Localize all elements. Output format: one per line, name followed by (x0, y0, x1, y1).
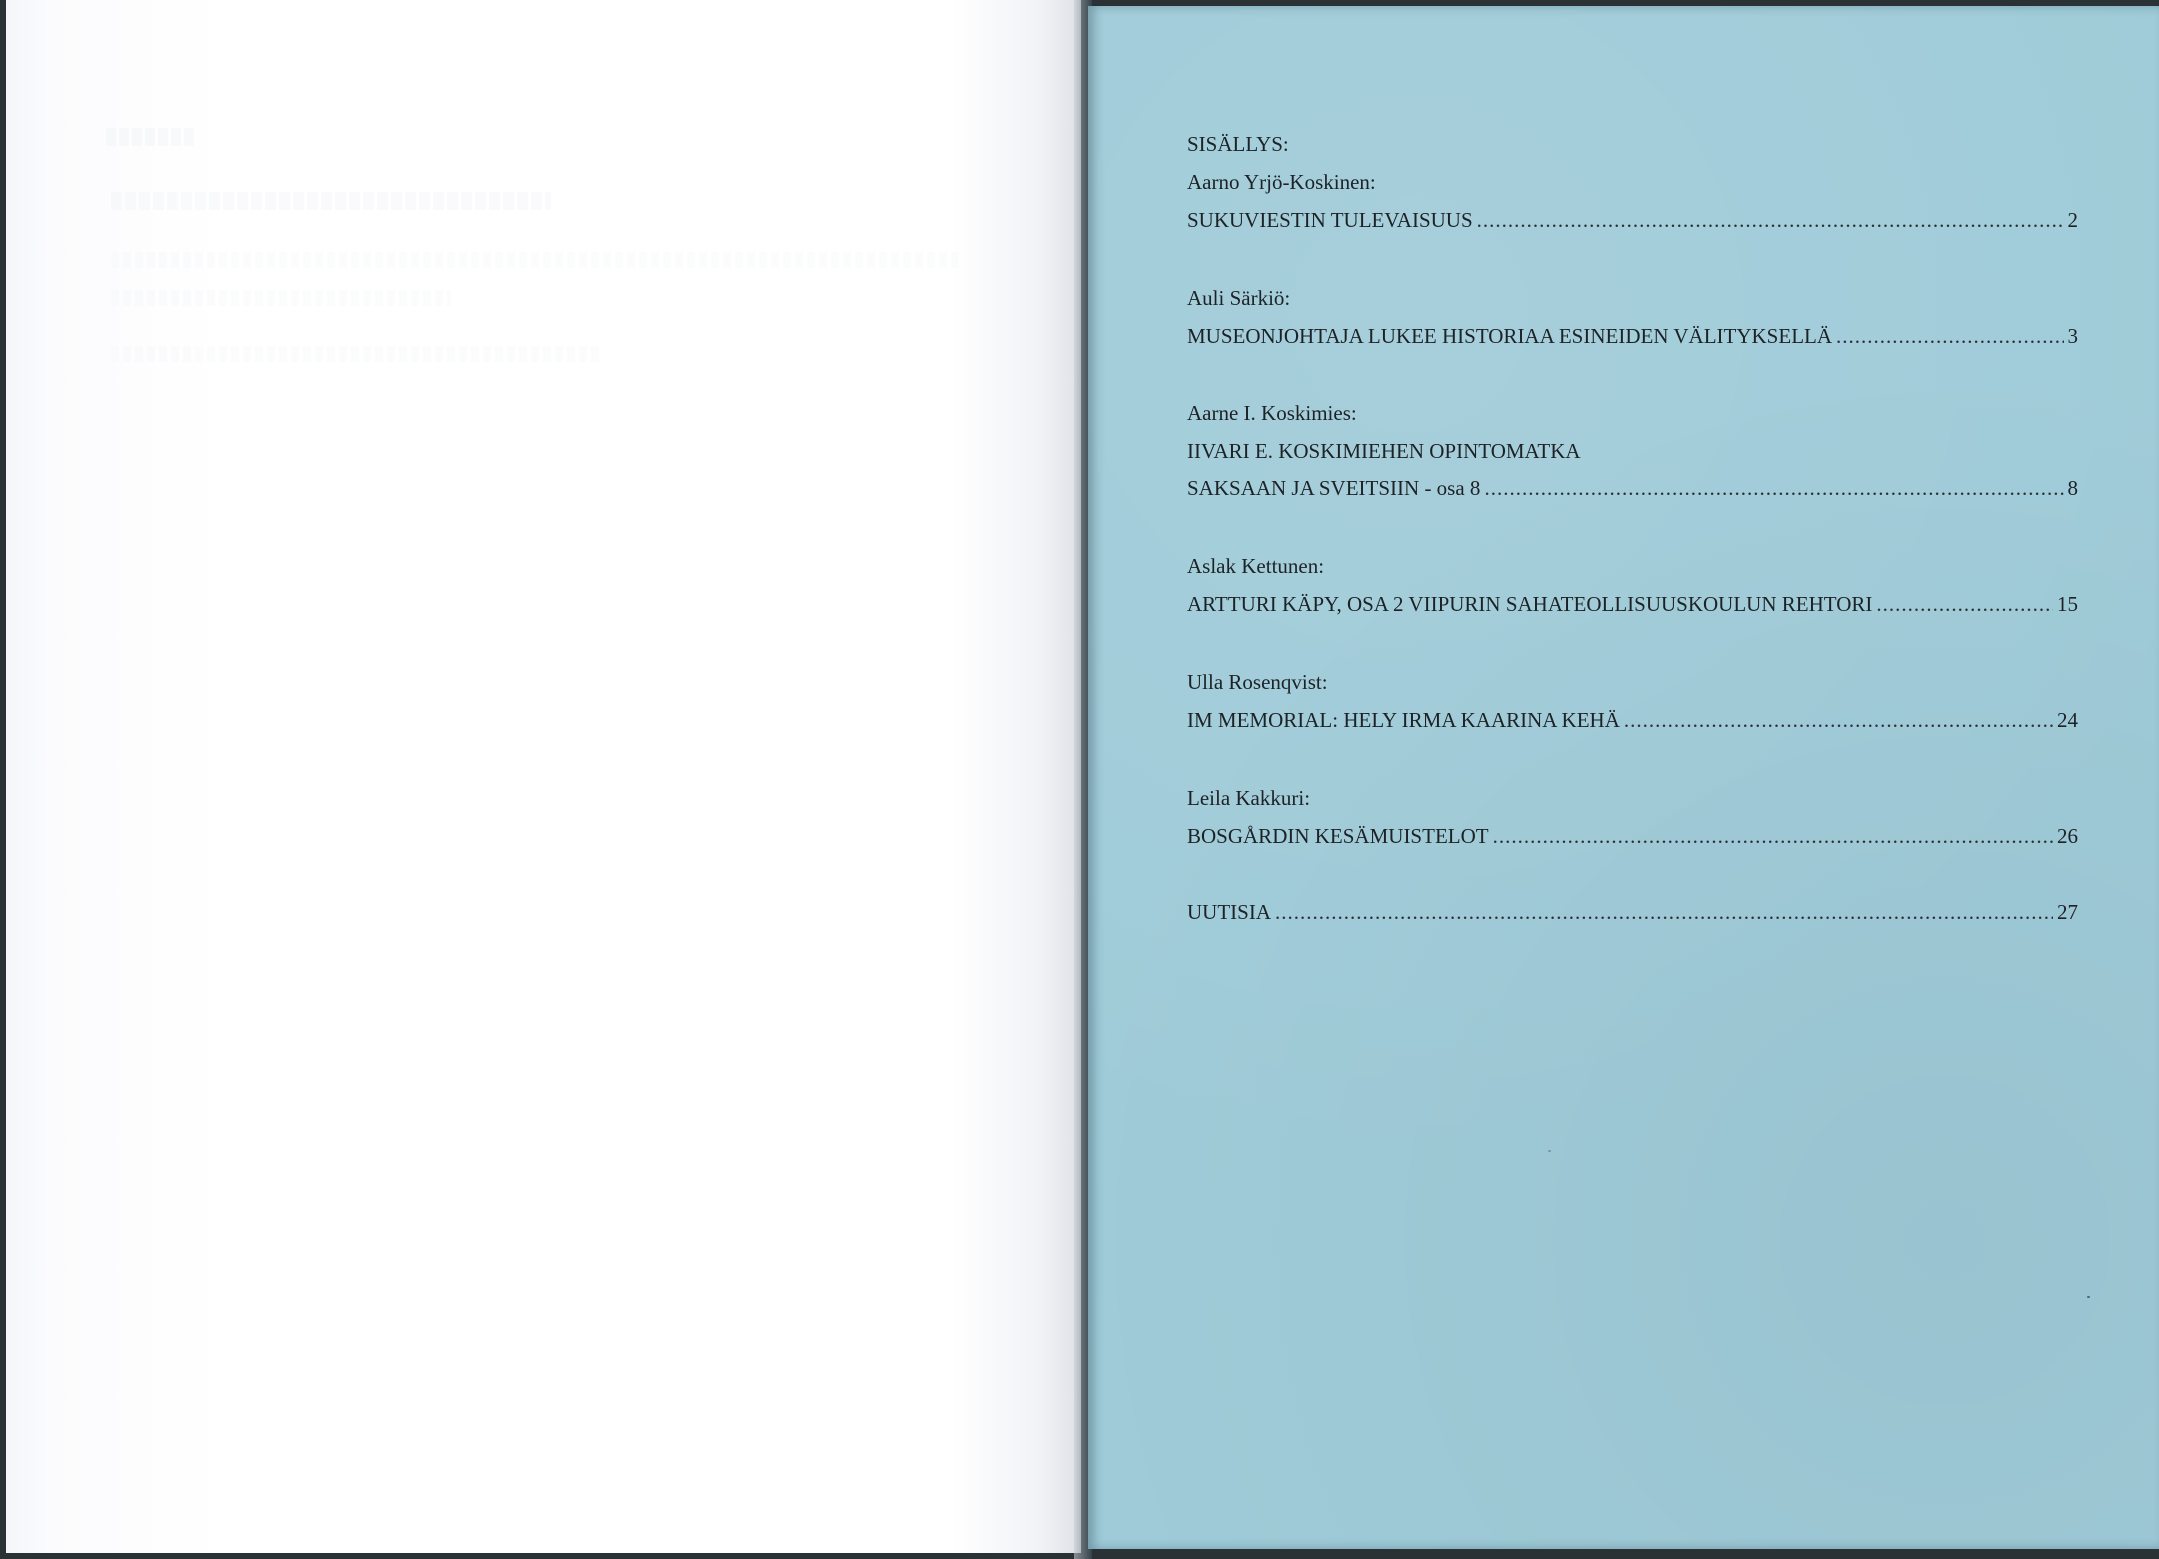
toc-article-title: IIVARI E. KOSKIMIEHEN OPINTOMATKA (1187, 441, 1581, 462)
toc-title: SISÄLLYS: (1187, 134, 1289, 155)
toc-author: Ulla Rosenqvist: (1187, 672, 1328, 693)
toc-author: Aarne I. Koskimies: (1187, 403, 1357, 424)
toc-leader-dots (1484, 478, 2063, 499)
paper-speck (2087, 1296, 2090, 1298)
left-page (6, 0, 1081, 1553)
bleed-through-text (111, 252, 961, 268)
toc-author: Aarno Yrjö-Koskinen: (1187, 172, 1376, 193)
toc-line: IM MEMORIAL: HELY IRMA KAARINA KEHÄ 24 (1187, 710, 2078, 731)
toc-article-title: ARTTURI KÄPY, OSA 2 VIIPURIN SAHATEOLLIS… (1187, 594, 1872, 615)
bleed-through-text (106, 128, 196, 146)
toc-page-number: 8 (2068, 478, 2079, 499)
toc-line: ARTTURI KÄPY, OSA 2 VIIPURIN SAHATEOLLIS… (1187, 594, 2078, 615)
toc-leader-dots (1493, 826, 2053, 847)
bleed-through-text (111, 290, 451, 306)
toc-leader-dots (1836, 326, 2063, 347)
toc-article-title: IM MEMORIAL: HELY IRMA KAARINA KEHÄ (1187, 710, 1620, 731)
toc-leader-dots (1624, 710, 2053, 731)
toc-article-title: BOSGÅRDIN KESÄMUISTELOT (1187, 826, 1489, 847)
toc-author: Auli Särkiö: (1187, 288, 1290, 309)
toc-leader-dots (1876, 594, 2053, 615)
toc-page-number: 26 (2057, 826, 2078, 847)
toc-page-number: 2 (2068, 210, 2079, 231)
toc-leader-dots (1275, 902, 2053, 923)
booklet-spread: SISÄLLYS: Aarno Yrjö-Koskinen: SUKUVIEST… (0, 0, 2159, 1559)
right-page-table-of-contents: SISÄLLYS: Aarno Yrjö-Koskinen: SUKUVIEST… (1088, 6, 2159, 1549)
toc-line: SUKUVIESTIN TULEVAISUUS 2 (1187, 210, 2078, 231)
toc-leader-dots (1477, 210, 2064, 231)
toc-line: UUTISIA 27 (1187, 902, 2078, 923)
toc-line: BOSGÅRDIN KESÄMUISTELOT 26 (1187, 826, 2078, 847)
toc-article-title-cont: SAKSAAN JA SVEITSIIN - osa 8 (1187, 478, 1480, 499)
paper-speck (1548, 1150, 1551, 1152)
bleed-through-text (111, 192, 551, 210)
toc-article-title: UUTISIA (1187, 902, 1271, 923)
toc-line: MUSEONJOHTAJA LUKEE HISTORIAA ESINEIDEN … (1187, 326, 2078, 347)
toc-page-number: 3 (2068, 326, 2079, 347)
toc-author: Leila Kakkuri: (1187, 788, 1310, 809)
toc-page-number: 15 (2057, 594, 2078, 615)
bleed-through-text (111, 346, 601, 362)
toc-page-number: 27 (2057, 902, 2078, 923)
toc-article-title: MUSEONJOHTAJA LUKEE HISTORIAA ESINEIDEN … (1187, 326, 1832, 347)
toc-line: SAKSAAN JA SVEITSIIN - osa 8 8 (1187, 478, 2078, 499)
toc-author: Aslak Kettunen: (1187, 556, 1324, 577)
toc-article-title: SUKUVIESTIN TULEVAISUUS (1187, 210, 1473, 231)
toc-page-number: 24 (2057, 710, 2078, 731)
